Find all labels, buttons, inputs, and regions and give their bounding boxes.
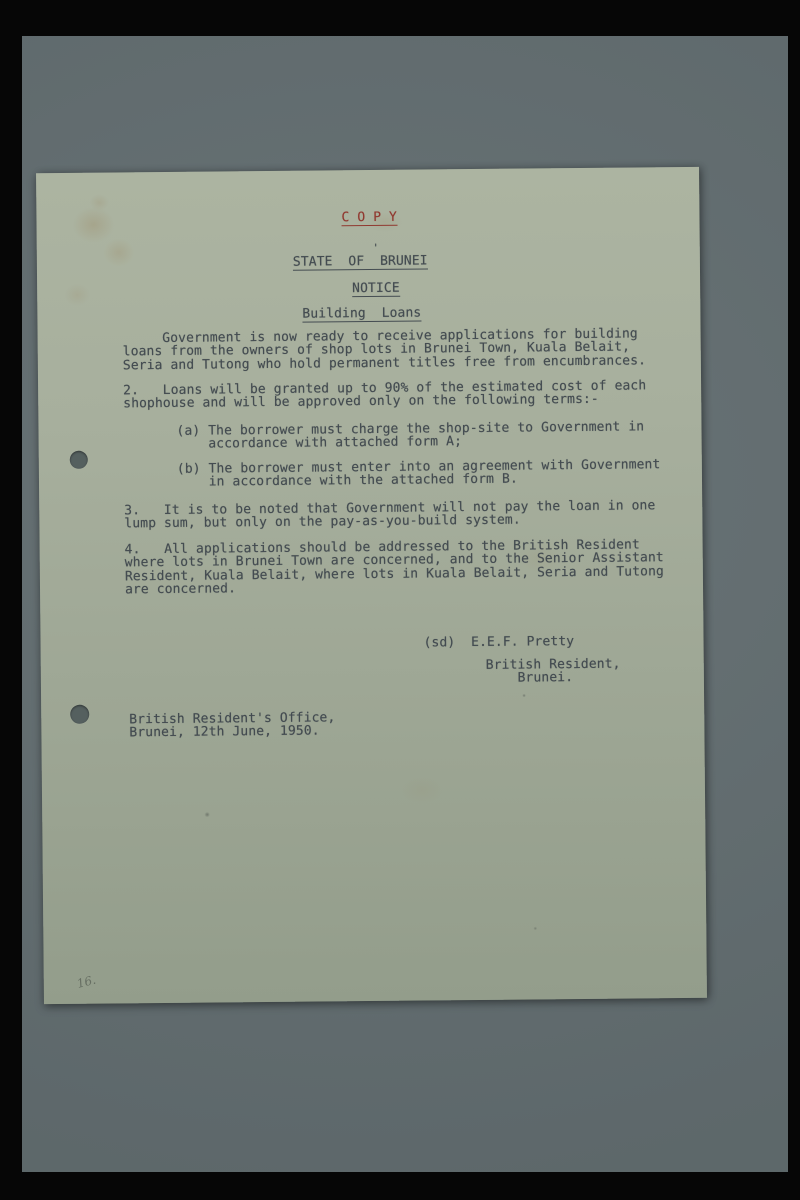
document-title: STATE OF BRUNEI [293, 254, 428, 271]
copy-stamp-text: C O P Y [341, 211, 397, 227]
paper-sheet: C O P Y ' STATE OF BRUNEI NOTICE Buildin… [36, 167, 707, 1004]
notice-heading: NOTICE [352, 282, 400, 298]
section-heading: Building Loans [302, 307, 421, 324]
paragraph-payment: 3. It is to be noted that Government wil… [124, 499, 655, 531]
punch-hole-bottom [70, 705, 89, 724]
signature-line: (sd) E.E.F. Pretty [423, 635, 574, 650]
copy-stamp: C O P Y [341, 211, 397, 227]
punch-hole-top [70, 451, 88, 469]
paragraph-terms: 2. Loans will be granted up to 90% of th… [123, 379, 646, 411]
notice-heading-text: NOTICE [352, 282, 400, 298]
section-heading-text: Building Loans [302, 307, 421, 324]
office-address: British Resident's Office, Brunei, 12th … [129, 711, 335, 740]
signature-title: British Resident, Brunei. [486, 658, 621, 686]
document-title-text: STATE OF BRUNEI [293, 254, 428, 271]
photo-frame: C O P Y ' STATE OF BRUNEI NOTICE Buildin… [0, 0, 800, 1200]
paragraph-intro: Government is now ready to receive appli… [123, 327, 647, 372]
term-item-b: (b) The borrower must enter into an agre… [177, 458, 661, 489]
term-item-a: (a) The borrower must charge the shop-si… [176, 420, 644, 451]
pencil-annotation: 16. [76, 974, 97, 990]
paragraph-applications: 4. All applications should be addressed … [125, 538, 665, 597]
